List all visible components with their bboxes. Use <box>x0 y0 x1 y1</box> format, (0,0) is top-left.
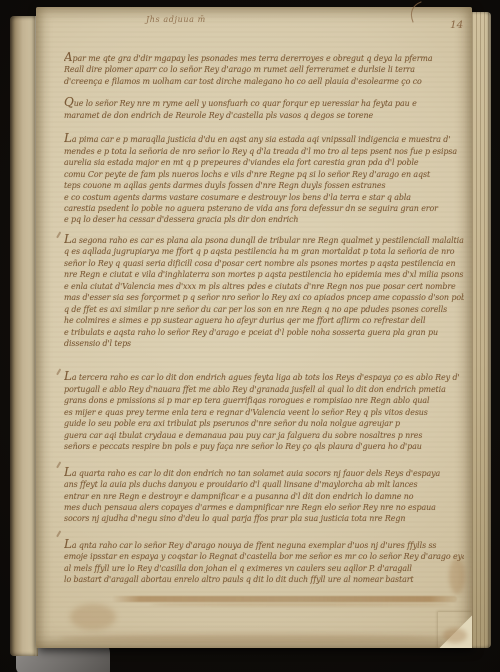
manuscript-line: mas d'esser sia ses forçormet p q señor … <box>64 292 446 303</box>
manuscript-line: Reall dire plomer aparr co lo señor Rey … <box>64 64 446 75</box>
manuscript-line: carestia psedent lo poble no aguera pste… <box>64 203 446 214</box>
manuscript-line: La segona raho es car es plana ala psona… <box>64 233 446 246</box>
manuscript-line: emoje ipsstar en espaya y coqstar lo Reg… <box>64 551 446 562</box>
paragraph-opening: Apar me qte gra d'dir mgapay les psonade… <box>64 51 464 87</box>
horizontal-stain <box>112 596 457 602</box>
manuscript-line: dissensio d'l teps <box>64 338 446 349</box>
manuscript-line: entrar en nre Regn e destroyr e dampnifi… <box>64 491 446 502</box>
manuscript-line: La qnta raho car lo señor Rey d'arago no… <box>64 538 446 551</box>
text-block: Apar me qte gra d'dir mgapay les psonade… <box>64 51 464 585</box>
paragraph-que-lo-senyor: Que lo señor Rey nre m ryme aell y uonsf… <box>64 96 464 121</box>
manuscript-line: lo bastart d'aragall abortau enrelo altr… <box>64 574 446 585</box>
paragraph-segona-raho: La segona raho es car es plana ala psona… <box>64 233 464 350</box>
stain-spot-bottom-right <box>443 628 467 643</box>
manuscript-line: Apar me qte gra d'dir mgapay les psonade… <box>64 51 446 64</box>
manuscript-line: es mijer e quas prey terme enla tera e r… <box>64 407 446 418</box>
manuscript-line: ans ffeyt la auia pls duchs danyou e pro… <box>64 479 446 490</box>
manuscript-line: d'creença e filamos m uolham car tost di… <box>64 76 446 87</box>
paragraph-primera-raho: La pima car e p maraqlla justicia d'du e… <box>64 132 464 226</box>
book-gutter-edge <box>10 16 38 656</box>
manuscript-line: al mels ffyll ure lo Rey d'casilla don j… <box>64 563 446 574</box>
manuscript-line: nre Regn e ciutat e vila d'inghlaterra s… <box>64 269 446 280</box>
stain-blob-bottom-left <box>70 604 116 630</box>
photograph-backdrop: Jhs adjuua m̄ 14 Apar me qte gra d'dir m… <box>0 0 500 672</box>
manuscript-line: mendes e p tota la señoria de nro señor … <box>64 146 446 157</box>
manuscript-line: e pq lo deser ha cessar d'dessera gracia… <box>64 214 446 225</box>
stain-band-bottom <box>60 634 446 643</box>
paragraph-tercera-raho: La tercera raho es car lo dit don endric… <box>64 370 464 452</box>
manuscript-line: mes duch pensaua alers copayes d'armes e… <box>64 502 446 513</box>
paragraph-quinta-raho: La qnta raho car lo señor Rey d'arago no… <box>64 538 464 585</box>
horizontal-stain-faint <box>150 603 450 606</box>
pen-flourish-mark <box>399 0 425 24</box>
manuscript-line: he colmires e simes e pp sustear aguera … <box>64 315 446 326</box>
page-fore-edge <box>472 12 491 648</box>
manuscript-line: q de ffet es axi similar p nre señor du … <box>64 304 446 315</box>
manuscript-line: Que lo señor Rey nre m ryme aell y uonsf… <box>64 96 446 109</box>
paragraph-quarta-raho: La quarta raho es car lo dit don endrich… <box>64 466 464 525</box>
manuscript-line: guide lo seu poble era axi tribulat pls … <box>64 418 446 429</box>
manuscript-line: aurelia sia estada major en mt q p prepe… <box>64 157 446 168</box>
manuscript-line: maramet de don endrich de Reurole Rey d'… <box>64 110 446 121</box>
manuscript-line: portugall e ablo Rey d'nauara ffet me ab… <box>64 384 446 395</box>
manuscript-line: señor lo Rey q quasi seria dificill cosa… <box>64 258 446 269</box>
manuscript-line: comu Cor peyte de fam pls nueros lochs e… <box>64 169 446 180</box>
manuscript-line: grans dons e pmissions si p mar ep tera … <box>64 395 446 406</box>
manuscript-line: e tribulats e aqsta raho lo señor Rey d'… <box>64 327 446 338</box>
manuscript-line: e enla ciutat d'Valencia mes d'xxx m pls… <box>64 281 446 292</box>
manuscript-line: La tercera raho es car lo dit don endric… <box>64 370 446 383</box>
folio-number: 14 <box>450 20 463 31</box>
manuscript-line: socors nj ajudha d'negu sino d'deu lo qu… <box>64 513 446 524</box>
manuscript-line: La pima car e p maraqlla justicia d'du e… <box>64 132 446 145</box>
running-header: Jhs adjuua m̄ <box>146 15 206 25</box>
manuscript-line: señors e peccats respire bn pols e puy f… <box>64 441 446 452</box>
manuscript-line: La quarta raho es car lo dit don endrich… <box>64 466 446 479</box>
manuscript-line: teps couone m aqllas gents darmes duyls … <box>64 180 446 191</box>
manuscript-line: e co costum agents darms vastare cosumar… <box>64 192 446 203</box>
manuscript-line: guera car aqi tbulat crydaua e demanaua … <box>64 430 446 441</box>
manuscript-line: q es aqllada jugrupiarya me ffort q p aq… <box>64 246 446 257</box>
